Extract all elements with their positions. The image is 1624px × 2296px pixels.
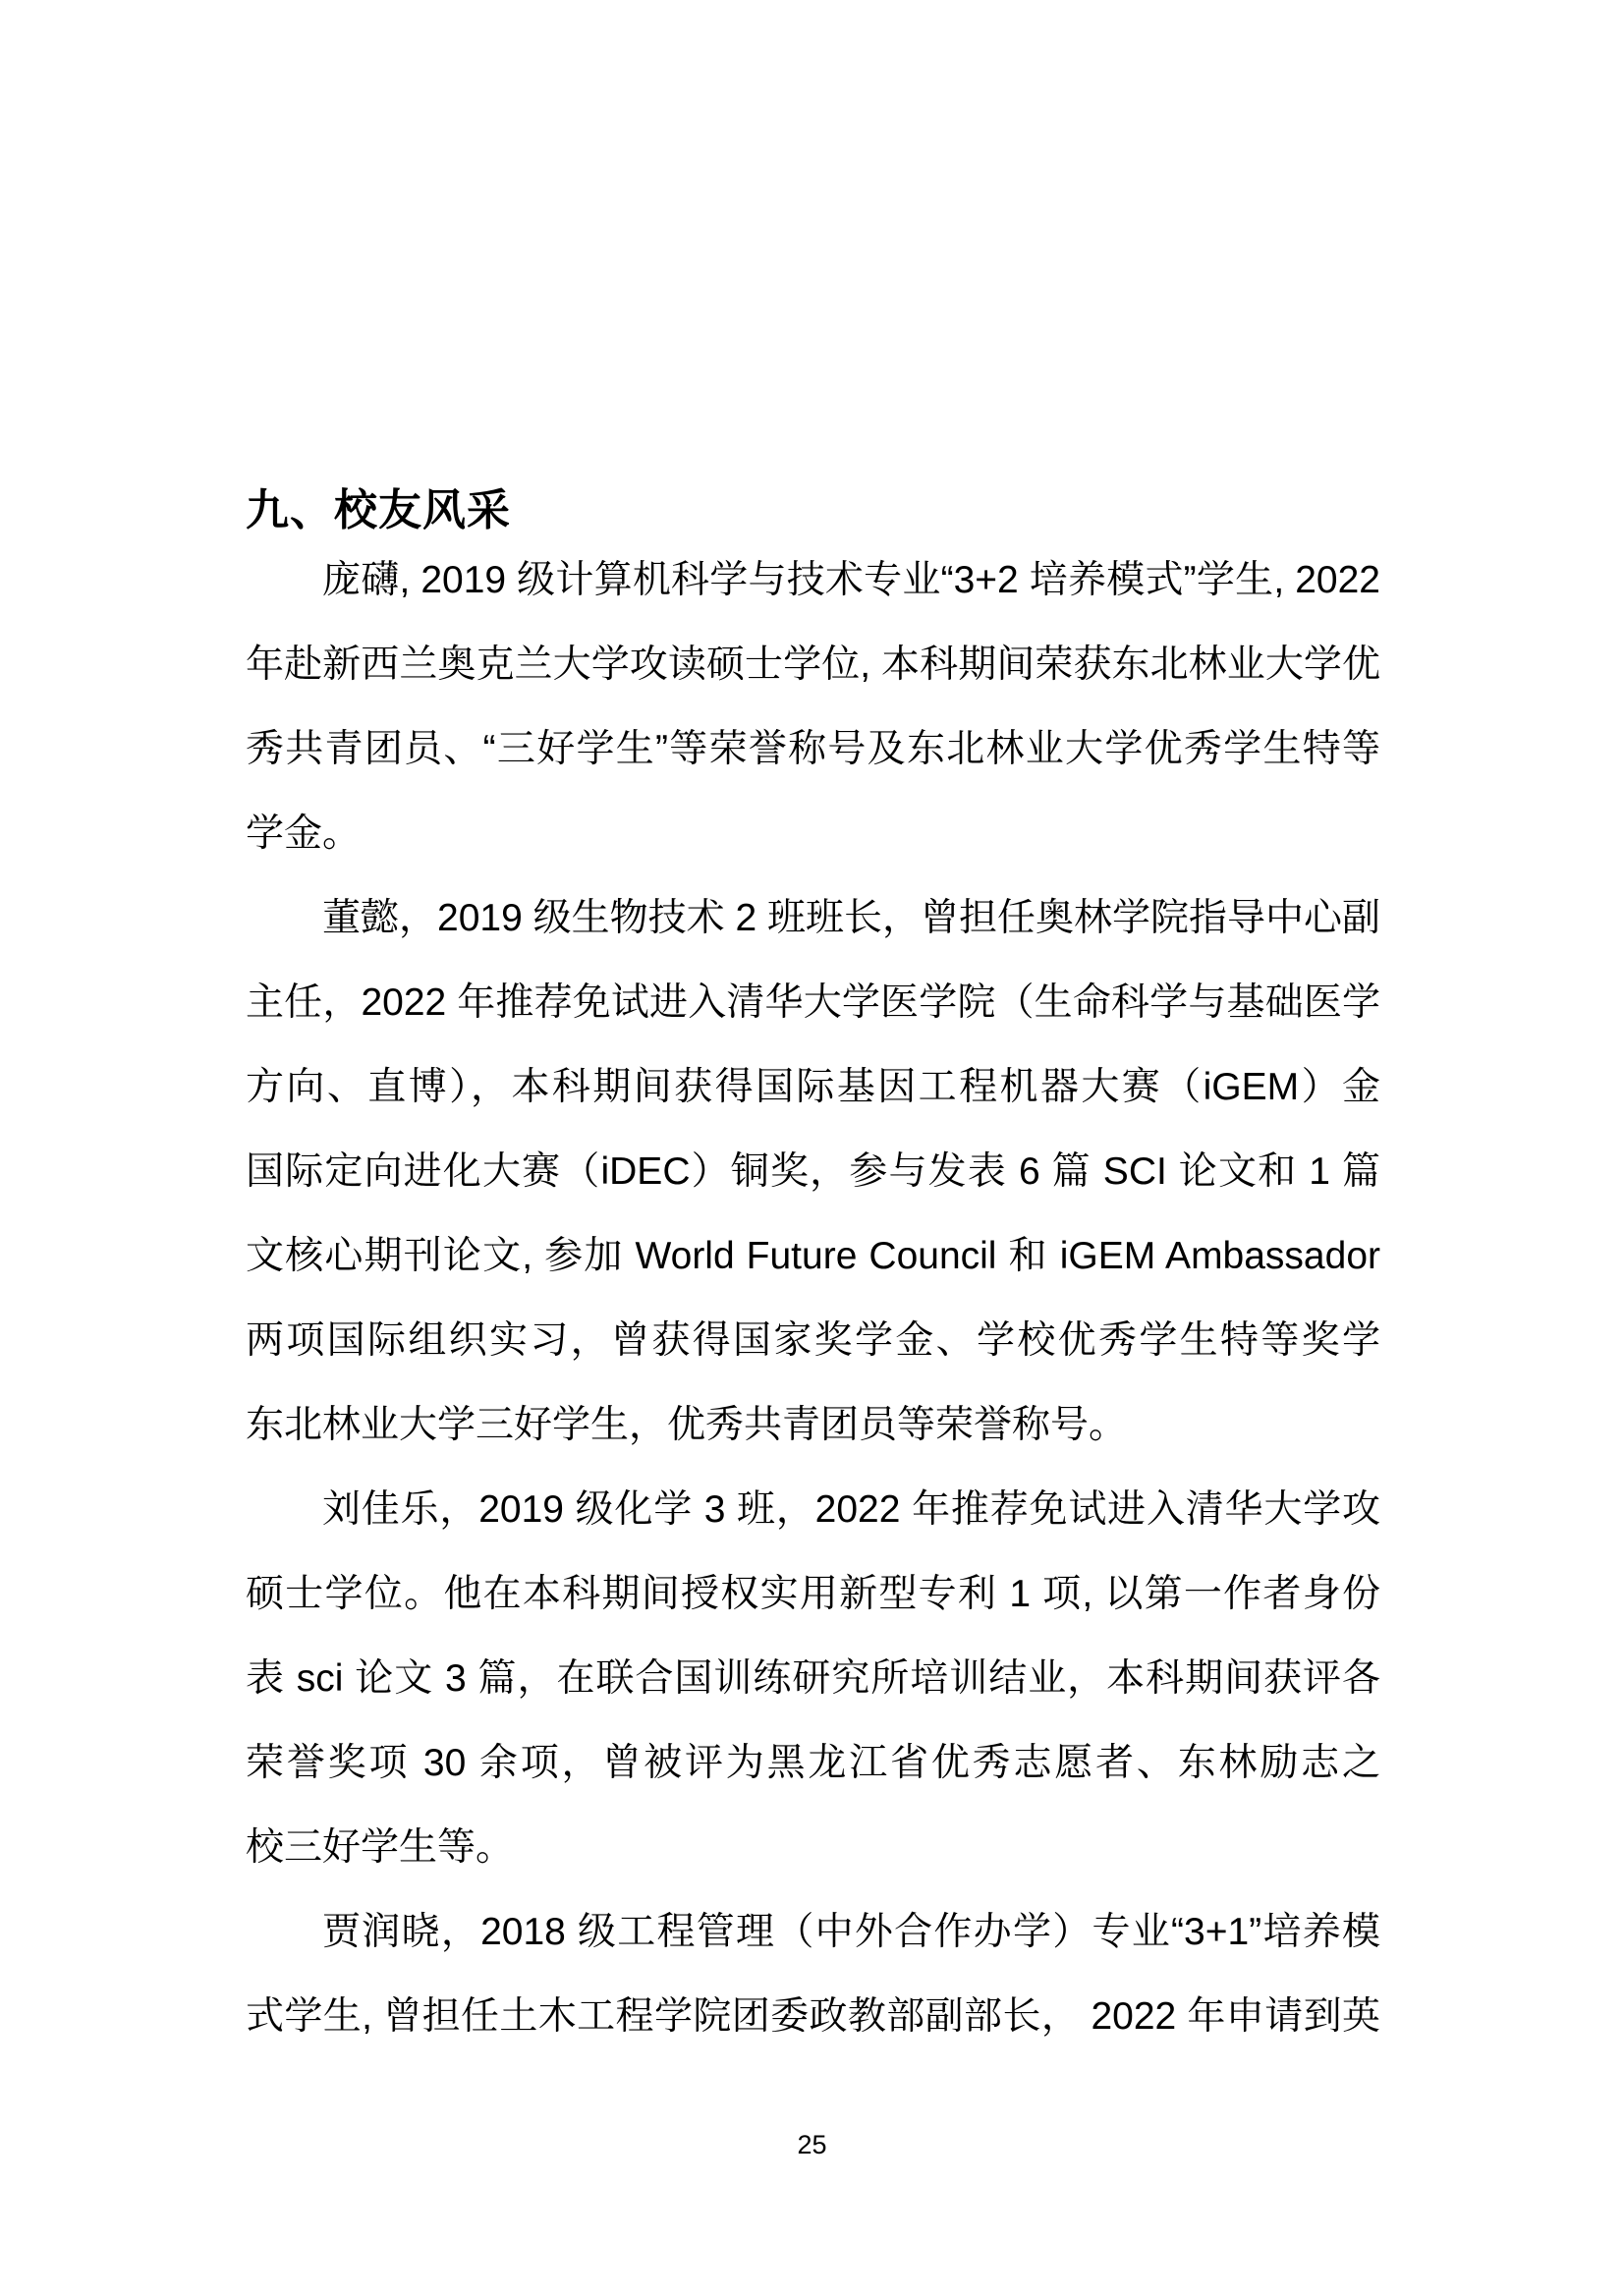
text-line: 方向、直博），本科期间获得国际基因工程机器大赛（iGEM）金奖， [246,1045,1380,1130]
text-line: 荣誉奖项 30 余项，曾被评为黑龙江省优秀志愿者、东林励志之星、 [246,1721,1380,1806]
text-line: 校三好学生等。 [246,1806,1380,1890]
paragraph: 刘佳乐，2019 级化学 3 班，2022 年推荐免试进入清华大学攻读硕士学位。… [246,1468,1380,1890]
text-line: 主任，2022 年推荐免试进入清华大学医学院（生命科学与基础医学 [246,961,1380,1045]
paragraph: 贾润晓，2018 级工程管理（中外合作办学）专业“3+1”培养模式学生, 曾担任… [246,1890,1380,2059]
text-line: 式学生, 曾担任土木工程学院团委政教部副部长， 2022 年申请到英 [246,1975,1380,2059]
text-line: 两项国际组织实习，曾获得国家奖学金、学校优秀学生特等奖学金， [246,1299,1380,1383]
section-heading: 九、校友风采 [246,475,511,537]
text-line: 贾润晓，2018 级工程管理（中外合作办学）专业“3+1”培养模 [246,1890,1380,1975]
text-line: 学金。 [246,792,1380,876]
text-line: 刘佳乐，2019 级化学 3 班，2022 年推荐免试进入清华大学攻读 [246,1468,1380,1552]
text-line: 硕士学位。他在本科期间授权实用新型专利 1 项, 以第一作者身份发 [246,1552,1380,1637]
paragraph: 庞礴, 2019 级计算机科学与技术专业“3+2 培养模式”学生, 2022年赴… [246,538,1380,876]
text-line: 董懿，2019 级生物技术 2 班班长，曾担任奥林学院指导中心副 [246,876,1380,961]
paragraphs: 庞礴, 2019 级计算机科学与技术专业“3+2 培养模式”学生, 2022年赴… [246,538,1380,2059]
text-line: 东北林业大学三好学生，优秀共青团员等荣誉称号。 [246,1383,1380,1468]
text-line: 庞礴, 2019 级计算机科学与技术专业“3+2 培养模式”学生, 2022 [246,538,1380,623]
text-line: 文核心期刊论文, 参加 World Future Council 和 iGEM … [246,1214,1380,1299]
text-line: 国际定向进化大赛（iDEC）铜奖，参与发表 6 篇 SCI 论文和 1 篇中 [246,1130,1380,1214]
text-line: 年赴新西兰奥克兰大学攻读硕士学位, 本科期间荣获东北林业大学优 [246,623,1380,707]
page-number: 25 [0,2130,1624,2160]
paragraph: 董懿，2019 级生物技术 2 班班长，曾担任奥林学院指导中心副主任，2022 … [246,876,1380,1468]
text-line: 秀共青团员、“三好学生”等荣誉称号及东北林业大学优秀学生特等奖 [246,707,1380,792]
document-page: 九、校友风采 庞礴, 2019 级计算机科学与技术专业“3+2 培养模式”学生,… [0,0,1624,2296]
text-line: 表 sci 论文 3 篇，在联合国训练研究所培训结业，本科期间获评各类 [246,1637,1380,1721]
